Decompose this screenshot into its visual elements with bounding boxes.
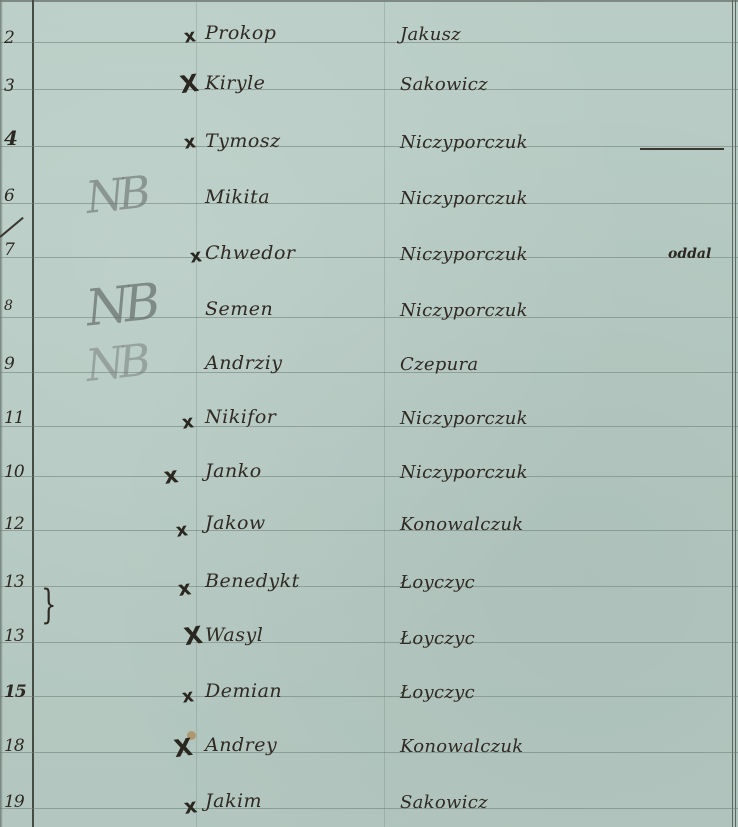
surname: Niczyporczuk <box>400 300 528 321</box>
entry-number: 18 <box>4 736 30 756</box>
dash-note <box>640 148 724 150</box>
surname: Sakowicz <box>400 74 488 95</box>
entry-number: 4 <box>4 126 30 150</box>
given-name: Benedykt <box>205 570 300 592</box>
given-name: Janko <box>205 460 262 482</box>
entry-number: 7 <box>4 240 30 260</box>
cross-mark-icon: X <box>182 621 204 651</box>
entry-number: 11 <box>4 408 30 428</box>
entry-number: 15 <box>4 682 30 702</box>
surname: Niczyporczuk <box>400 408 528 429</box>
given-name: Wasyl <box>205 624 263 646</box>
cross-mark-icon: x <box>183 25 197 47</box>
entry-number: 9 <box>4 354 30 374</box>
entry-number: 8 <box>4 298 30 314</box>
surname: Jakusz <box>400 24 461 45</box>
surname: Czepura <box>400 354 478 375</box>
pencil-nb-mark: NB <box>83 167 147 224</box>
margin-note: oddal <box>668 246 711 262</box>
cross-mark-icon: x <box>181 411 195 433</box>
entry-number: 19 <box>4 792 30 812</box>
given-name: Chwedor <box>205 242 295 264</box>
surname: Łoyczyc <box>400 682 475 703</box>
cross-mark-icon: x <box>175 519 189 541</box>
register-entry: 4 x Tymosz Niczyporczuk <box>0 120 738 160</box>
given-name: Andrey <box>205 734 277 756</box>
cross-mark-icon: x <box>162 463 180 490</box>
register-entry: 2 x Prokop Jakusz <box>0 16 738 56</box>
entry-number: 3 <box>4 76 30 96</box>
register-page: 2 x Prokop Jakusz 3 X Kiryle Sakowicz 4 … <box>0 0 738 827</box>
given-name: Mikita <box>205 186 270 208</box>
cross-mark-icon: x <box>182 793 198 819</box>
register-entry: 18 X Andrey Konowalczuk <box>0 726 738 766</box>
given-name: Kiryle <box>205 72 265 94</box>
given-name: Tymosz <box>205 130 281 152</box>
given-name: Demian <box>205 680 282 702</box>
entry-number: 13 <box>4 626 30 646</box>
register-entry: 8 NB Semen Niczyporczuk <box>0 288 738 328</box>
register-entry: 19 x Jakim Sakowicz <box>0 782 738 822</box>
cross-mark-icon: X <box>172 733 194 763</box>
entry-number: 6 <box>4 186 30 206</box>
cross-mark-icon: x <box>181 685 195 707</box>
register-entry: 12 x Jakow Konowalczuk <box>0 504 738 544</box>
bracket-grouping-rows-13: } <box>41 582 56 628</box>
surname: Sakowicz <box>400 792 488 813</box>
surname: Niczyporczuk <box>400 462 528 483</box>
register-entry: 13 x Benedykt Łoyczyc <box>0 562 738 602</box>
pencil-nb-mark: NB <box>83 273 157 338</box>
surname: Konowalczuk <box>400 514 524 535</box>
given-name: Andrziy <box>205 352 283 374</box>
cross-mark-icon: X <box>178 69 200 99</box>
entry-number: 12 <box>4 514 30 534</box>
surname: Niczyporczuk <box>400 244 528 265</box>
entry-number: 2 <box>4 28 30 48</box>
register-entry: 13 X Wasyl Łoyczyc <box>0 618 738 658</box>
register-entry: 11 x Nikifor Niczyporczuk <box>0 398 738 438</box>
given-name: Nikifor <box>205 406 276 428</box>
entry-number: 13 <box>4 572 30 592</box>
given-name: Prokop <box>205 22 276 44</box>
register-entry: 3 X Kiryle Sakowicz <box>0 64 738 104</box>
cross-mark-icon: x <box>189 245 203 267</box>
cross-mark-icon: x <box>176 575 192 601</box>
entry-number: 10 <box>4 462 30 482</box>
surname: Niczyporczuk <box>400 188 528 209</box>
register-entry: 6 NB Mikita Niczyporczuk <box>0 176 738 216</box>
given-name: Jakim <box>205 790 262 812</box>
register-entry: 9 NB Andrziy Czepura <box>0 344 738 384</box>
register-entry: 10 x Janko Niczyporczuk <box>0 452 738 492</box>
given-name: Jakow <box>205 512 266 534</box>
register-entry: 7 x Chwedor Niczyporczuk oddal <box>0 232 738 272</box>
surname: Łoyczyc <box>400 628 475 649</box>
page-top-edge <box>0 0 738 2</box>
surname: Niczyporczuk <box>400 132 528 153</box>
register-entry: 15 x Demian Łoyczyc <box>0 672 738 712</box>
pencil-nb-mark: NB <box>83 335 147 392</box>
cross-mark-icon: x <box>183 131 197 153</box>
surname: Konowalczuk <box>400 736 524 757</box>
given-name: Semen <box>205 298 273 320</box>
surname: Łoyczyc <box>400 572 475 593</box>
